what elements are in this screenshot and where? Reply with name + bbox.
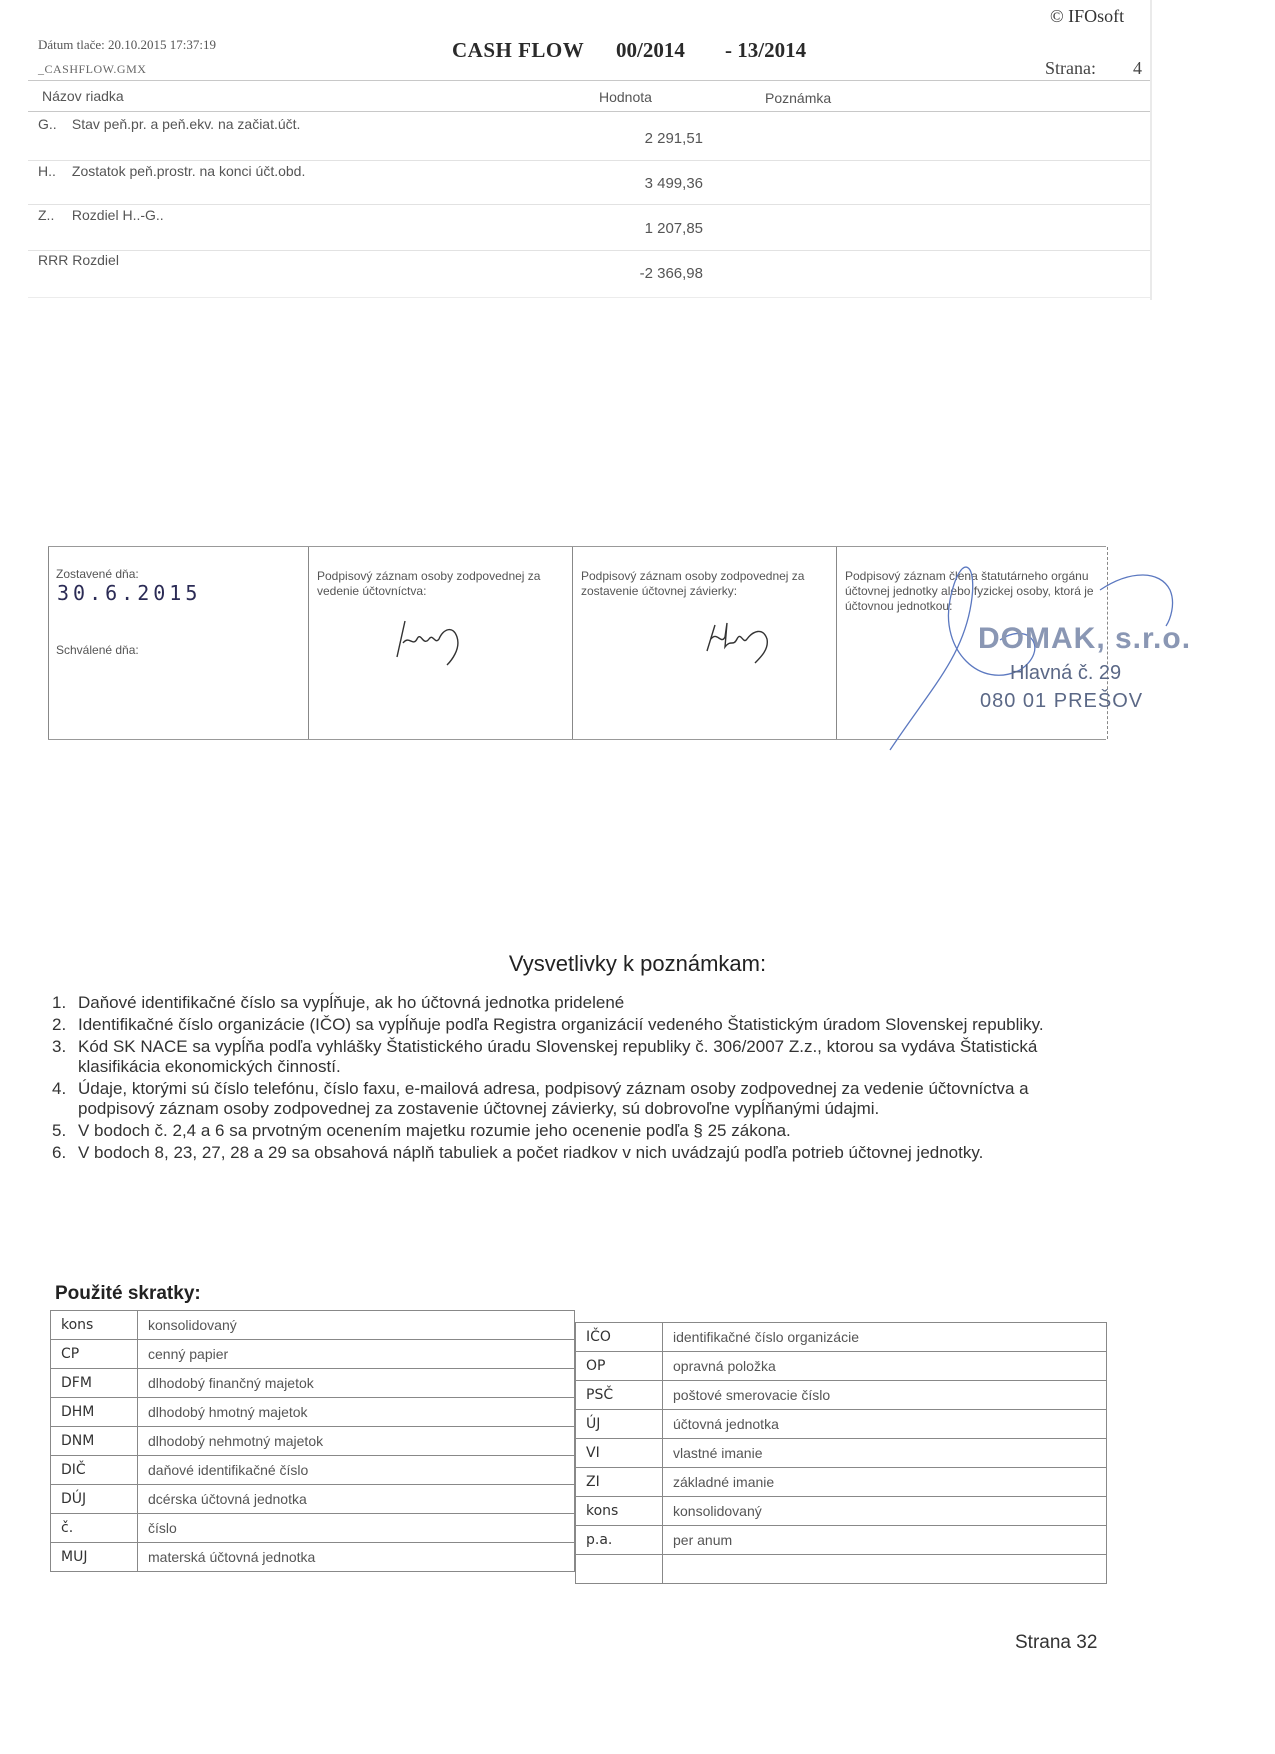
table-row: DÚJdcérska účtovná jednotka <box>51 1485 575 1514</box>
footer-page-number: Strana 32 <box>1015 1632 1097 1654</box>
row-value: -2 366,98 <box>540 265 703 282</box>
statement-signature-cell: Podpisový záznam osoby zodpovednej za zo… <box>572 547 837 739</box>
row-code: G.. <box>38 116 68 132</box>
row-divider <box>28 204 1150 205</box>
row-code: Z.. <box>38 207 68 223</box>
column-header-divider <box>28 111 1150 112</box>
row-divider <box>28 160 1150 161</box>
table-row: PSČpoštové smerovacie číslo <box>576 1381 1107 1410</box>
company-stamp-name: DOMAK, s.r.o. <box>978 622 1191 656</box>
row-label: Zostatok peň.prostr. na konci účt.obd. <box>72 163 305 179</box>
table-row: konskonsolidovaný <box>51 1311 575 1340</box>
row-value: 1 207,85 <box>540 220 703 237</box>
note-item: 3.Kód SK NACE sa vypĺňa podľa vyhlášky Š… <box>52 1037 1082 1077</box>
column-header-note: Poznámka <box>765 90 831 106</box>
table-row: č.číslo <box>51 1514 575 1543</box>
compiled-on-handwritten-date: 30.6.2015 <box>57 581 201 605</box>
handwritten-signature-icon <box>391 617 471 667</box>
company-stamp-street: Hlavná č. 29 <box>1010 662 1121 685</box>
table-row: DHMdlhodobý hmotný majetok <box>51 1398 575 1427</box>
table-row: OPopravná položka <box>576 1352 1107 1381</box>
note-item: 6.V bodoch 8, 23, 27, 28 a 29 sa obsahov… <box>52 1143 1082 1163</box>
abbreviations-table-right: IČOidentifikačné číslo organizácie OPopr… <box>575 1322 1107 1584</box>
notes-title: Vysvetlivky k poznámkam: <box>0 951 1275 977</box>
header-divider <box>28 80 1150 81</box>
notes-list: 1.Daňové identifikačné číslo sa vypĺňuje… <box>52 993 1082 1165</box>
row-label: Rozdiel <box>72 252 119 268</box>
row-value: 3 499,36 <box>540 175 703 192</box>
note-item: 2.Identifikačné číslo organizácie (IČO) … <box>52 1015 1082 1035</box>
table-row: DIČdaňové identifikačné číslo <box>51 1456 575 1485</box>
row-code: H.. <box>38 163 68 179</box>
table-row: DFMdlhodobý finančný majetok <box>51 1369 575 1398</box>
table-row: VIvlastné imanie <box>576 1439 1107 1468</box>
report-title: CASH FLOW <box>452 38 584 63</box>
table-row: IČOidentifikačné číslo organizácie <box>576 1323 1107 1352</box>
report-code: _CASHFLOW.GMX <box>38 62 146 77</box>
note-item: 1.Daňové identifikačné číslo sa vypĺňuje… <box>52 993 1082 1013</box>
dates-cell: Zostavené dňa: 30.6.2015 Schválené dňa: <box>48 547 309 739</box>
print-date-value: 20.10.2015 17:37:19 <box>108 37 216 52</box>
table-row: ÚJúčtovná jednotka <box>576 1410 1107 1439</box>
table-row: DNMdlhodobý nehmotný majetok <box>51 1427 575 1456</box>
column-header-value: Hodnota <box>599 89 652 105</box>
table-row: konskonsolidovaný <box>576 1497 1107 1526</box>
period-from: 00/2014 <box>616 38 685 63</box>
table-row: p.a.per anum <box>576 1526 1107 1555</box>
table-row: CPcenný papier <box>51 1340 575 1369</box>
note-item: 5.V bodoch č. 2,4 a 6 sa prvotným ocenen… <box>52 1121 1082 1141</box>
print-date: Dátum tlače: 20.10.2015 17:37:19 <box>38 37 216 53</box>
row-divider <box>28 250 1150 251</box>
row-label: Rozdiel H..-G.. <box>72 207 164 223</box>
abbreviations-title: Použité skratky: <box>55 1283 201 1305</box>
compiled-on-label: Zostavené dňa: <box>56 567 139 582</box>
page-edge-divider <box>1150 0 1152 300</box>
print-date-label: Dátum tlače: <box>38 37 105 52</box>
column-header-name: Názov riadka <box>42 88 124 104</box>
handwritten-signature-icon <box>703 617 783 667</box>
row-value: 2 291,51 <box>540 130 703 147</box>
table-row: ZIzákladné imanie <box>576 1468 1107 1497</box>
period-to: - 13/2014 <box>725 38 806 63</box>
accounting-signature-label: Podpisový záznam osoby zodpovednej za ve… <box>317 569 557 599</box>
page-number: 4 <box>1133 58 1142 79</box>
company-stamp-city: 080 01 PREŠOV <box>980 690 1143 713</box>
statement-signature-label: Podpisový záznam osoby zodpovednej za zo… <box>581 569 821 599</box>
table-row <box>576 1555 1107 1584</box>
row-divider <box>28 297 1150 298</box>
table-row: MUJmaterská účtovná jednotka <box>51 1543 575 1572</box>
abbreviations-table-left: konskonsolidovaný CPcenný papier DFMdlho… <box>50 1310 575 1572</box>
page-label: Strana: <box>1045 58 1096 79</box>
accounting-signature-cell: Podpisový záznam osoby zodpovednej za ve… <box>308 547 573 739</box>
copyright-notice: © IFOsoft <box>1050 6 1124 27</box>
approved-on-label: Schválené dňa: <box>56 643 139 658</box>
note-item: 4.Údaje, ktorými sú číslo telefónu, čísl… <box>52 1079 1082 1119</box>
row-label: Stav peň.pr. a peň.ekv. na začiat.účt. <box>72 116 301 132</box>
row-code: RRR <box>38 252 68 268</box>
